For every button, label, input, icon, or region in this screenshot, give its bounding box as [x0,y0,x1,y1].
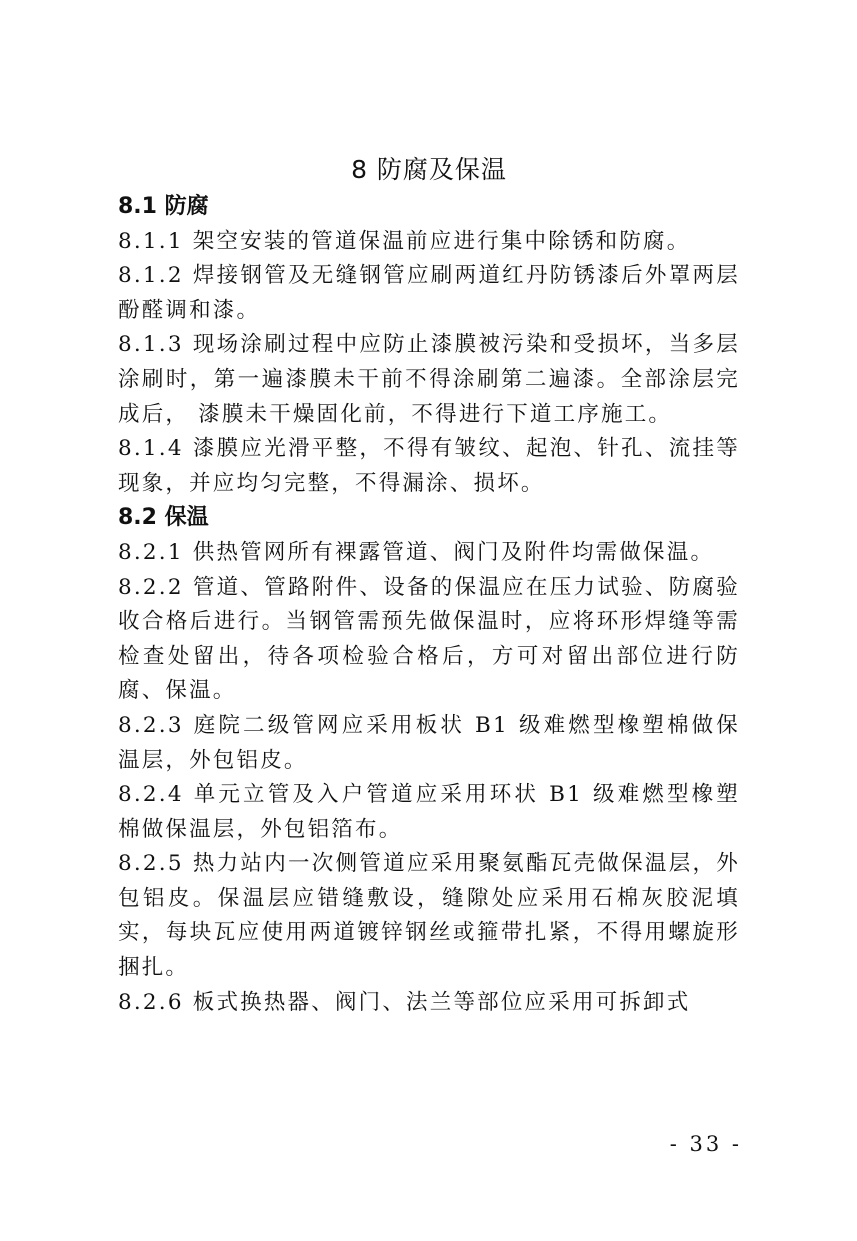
clause-8-2-2: 8.2.2 管道、管路附件、设备的保温应在压力试验、防腐验收合格后进行。当钢管需… [118,571,740,709]
clause-8-2-1: 8.2.1 供热管网所有裸露管道、阀门及附件均需做保温。 [118,536,740,571]
clause-8-1-3: 8.1.3 现场涂刷过程中应防止漆膜被污染和受损坏，当多层涂刷时，第一遍漆膜未干… [118,328,740,432]
clause-8-2-6: 8.2.6 板式换热器、阀门、法兰等部位应采用可拆卸式 [118,986,740,1021]
clause-8-1-4: 8.1.4 漆膜应光滑平整，不得有皱纹、起泡、针孔、流挂等现象，并应均匀完整，不… [118,432,740,501]
page-number: - 33 - [670,1132,742,1156]
clause-8-1-1: 8.1.1 架空安装的管道保温前应进行集中除锈和防腐。 [118,225,740,260]
document-page: 8 防腐及保温 8.1 防腐 8.1.1 架空安装的管道保温前应进行集中除锈和防… [118,150,740,1020]
clause-8-2-5: 8.2.5 热力站内一次侧管道应采用聚氨酯瓦壳做保温层，外包铝皮。保温层应错缝敷… [118,847,740,985]
clause-8-1-2: 8.1.2 焊接钢管及无缝钢管应刷两道红丹防锈漆后外罩两层酚醛调和漆。 [118,259,740,328]
clause-8-2-4: 8.2.4 单元立管及入户管道应采用环状 B1 级难燃型橡塑棉做保温层，外包铝箔… [118,778,740,847]
section-8-1: 8.1 防腐 8.1.1 架空安装的管道保温前应进行集中除锈和防腐。 8.1.2… [118,190,740,501]
clause-8-2-3: 8.2.3 庭院二级管网应采用板状 B1 级难燃型橡塑棉做保温层，外包铝皮。 [118,709,740,778]
section-heading: 8.2 保温 [118,501,740,536]
section-8-2: 8.2 保温 8.2.1 供热管网所有裸露管道、阀门及附件均需做保温。 8.2.… [118,501,740,1020]
chapter-title: 8 防腐及保温 [118,150,740,190]
section-heading: 8.1 防腐 [118,190,740,225]
